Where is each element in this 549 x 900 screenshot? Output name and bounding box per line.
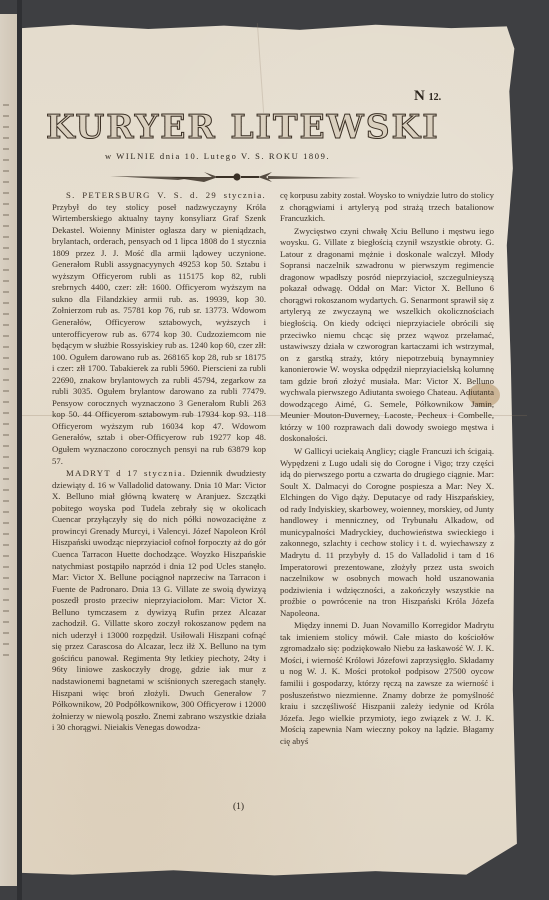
adjacent-page-text-marks <box>3 104 9 664</box>
article-madryt: MADRYT d 17 stycznia. Dziennik dwudziest… <box>52 468 266 734</box>
issue-label: N <box>414 88 425 104</box>
article-dateline: S. PETERSBURG V. S. d. 29 stycznia. <box>66 190 266 200</box>
article-body: Przybył do tey stolicy poseł nadzwyczayn… <box>52 202 266 466</box>
ornamental-divider-icon <box>108 170 363 184</box>
dateline: w WILNIE dnia 10. Lutego V. S. ROKU 1809… <box>105 151 405 161</box>
paragraph-victory: Zwycięstwo czyni chwałę Xciu Belluno i m… <box>280 226 494 445</box>
masthead-title: KURYER LITEWSKI <box>46 107 426 146</box>
adjacent-page-edge <box>0 14 17 886</box>
book-spine-gap <box>17 0 22 900</box>
page-number: (1) <box>233 802 244 812</box>
paragraph-corregidor-speech: Między innemi D. Juan Novamillo Korregid… <box>280 620 494 747</box>
right-column: cę korpusu zabity został. Woysko to wniy… <box>280 190 494 747</box>
paragraph-gallicia: W Gallicyi uciekaią Anglicy; ciągle Fran… <box>280 446 494 619</box>
article-st-petersburg: S. PETERSBURG V. S. d. 29 stycznia. Przy… <box>52 190 266 467</box>
issue-number-value: 12. <box>429 92 442 103</box>
article-body: Dziennik dwudziesty dziewiąty d. 16 w Va… <box>52 468 266 732</box>
article-dateline: MADRYT d 17 stycznia. <box>66 468 186 478</box>
article-continuation: cę korpusu zabity został. Woysko to wniy… <box>280 190 494 225</box>
issue-number: N 12. <box>414 88 441 105</box>
left-column: S. PETERSBURG V. S. d. 29 stycznia. Przy… <box>52 190 266 734</box>
